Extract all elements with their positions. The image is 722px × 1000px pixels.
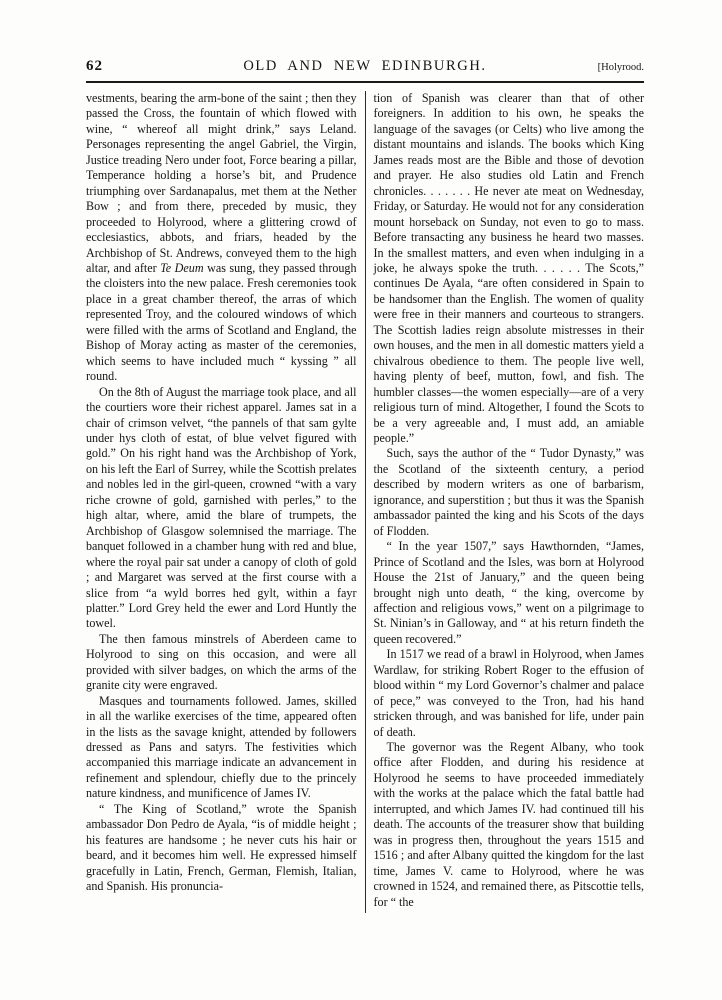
body-text: The governor was the Regent Albany, who … xyxy=(374,740,645,909)
body-text: On the 8th of August the marriage took p… xyxy=(86,385,357,631)
paragraph: Such, says the author of the “ Tudor Dyn… xyxy=(374,446,645,539)
paragraph: The then famous minstrels of Aberdeen ca… xyxy=(86,632,357,694)
body-text: Such, says the author of the “ Tudor Dyn… xyxy=(374,446,645,537)
body-text: was sung, they passed through the cloist… xyxy=(86,261,357,383)
paragraph: The governor was the Regent Albany, who … xyxy=(374,740,645,910)
book-page: 62 OLD AND NEW EDINBURGH. [Holyrood. ves… xyxy=(0,0,722,1000)
paragraph: On the 8th of August the marriage took p… xyxy=(86,385,357,632)
body-text: vestments, bearing the arm-bone of the s… xyxy=(86,91,357,275)
body-text: “ The King of Scotland,” wrote the Spani… xyxy=(86,802,357,893)
paragraph: Masques and tournaments followed. James,… xyxy=(86,694,357,802)
page-content: 62 OLD AND NEW EDINBURGH. [Holyrood. ves… xyxy=(86,58,644,913)
paragraph: tion of Spanish was clearer than that of… xyxy=(374,91,645,446)
italic-text: Te Deum xyxy=(160,261,203,275)
left-text-column: vestments, bearing the arm-bone of the s… xyxy=(86,91,366,913)
body-text: “ In the year 1507,” says Hawthornden, “… xyxy=(374,539,645,646)
header-rule xyxy=(86,81,644,83)
paragraph: “ The King of Scotland,” wrote the Spani… xyxy=(86,802,357,895)
page-number: 62 xyxy=(86,58,156,75)
paragraph: vestments, bearing the arm-bone of the s… xyxy=(86,91,357,385)
text-columns: vestments, bearing the arm-bone of the s… xyxy=(86,91,644,913)
paragraph: “ In the year 1507,” says Hawthornden, “… xyxy=(374,539,645,647)
page-title: OLD AND NEW EDINBURGH. xyxy=(156,58,574,75)
body-text: Masques and tournaments followed. James,… xyxy=(86,694,357,801)
page-header: 62 OLD AND NEW EDINBURGH. [Holyrood. xyxy=(86,58,644,75)
body-text: tion of Spanish was clearer than that of… xyxy=(374,91,645,445)
body-text: The then famous minstrels of Aberdeen ca… xyxy=(86,632,357,692)
paragraph: In 1517 we read of a brawl in Holyrood, … xyxy=(374,647,645,740)
body-text: In 1517 we read of a brawl in Holyrood, … xyxy=(374,647,645,738)
running-head: [Holyrood. xyxy=(574,62,644,73)
right-text-column: tion of Spanish was clearer than that of… xyxy=(366,91,645,913)
